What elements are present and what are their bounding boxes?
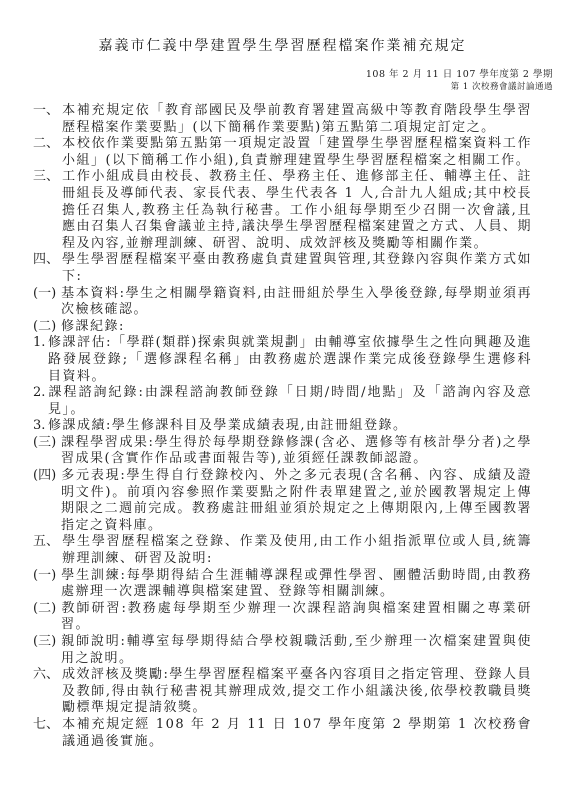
article-6: 六、成效評核及獎勵:學生學習歷程檔案平臺各內容項目之指定管理、登錄人員及教師,得… xyxy=(33,667,532,717)
sub-sub-item-text: 課程諮詢紀錄:由課程諮詢教師登錄「日期/時間/地點」及「諮詢內容及意見」。 xyxy=(48,385,532,417)
article-7: 七、本補充規定經 108 年 2 月 11 日 107 學年度第 2 學期第 1… xyxy=(33,717,532,750)
article-4: 四、學生學習歷程檔案平臺由教務處負責建置與管理,其登錄內容與作業方式如下: (一… xyxy=(33,252,532,534)
approval-info: 108 年 2 月 11 日 107 學年度第 2 學期 第 1 次校務會議討論… xyxy=(0,68,565,93)
article-3: 三、工作小組成員由校長、教務主任、學務主任、進修部主任、輔導主任、註冊組長及導師… xyxy=(33,169,532,252)
sub-sub-item-marker: 1. xyxy=(33,335,48,352)
article-marker: 六、 xyxy=(33,667,62,684)
article-text: 本補充規定經 108 年 2 月 11 日 107 學年度第 2 學期第 1 次… xyxy=(62,717,532,749)
sub-item-text: 課程學習成果:學生得於每學期登錄修課(含必、選修等有核計學分者)之學習成果(含實… xyxy=(61,435,532,467)
document-page: 嘉義市仁義中學建置學生學習歷程檔案作業補充規定 108 年 2 月 11 日 1… xyxy=(0,0,565,800)
sub-item-learning-outcome: (三)課程學習成果:學生得於每學期登錄修課(含必、選修等有核計學分者)之學習成果… xyxy=(33,435,532,468)
article-2: 二、本校依作業要點第五點第一項規定設置「建置學生學習歷程檔案資料工作小組」(以下… xyxy=(33,136,532,169)
article-marker: 三、 xyxy=(33,169,62,186)
article-marker: 四、 xyxy=(33,252,62,269)
sub-item-student-training: (一)學生訓練:每學期得結合生涯輔導課程或彈性學習、團體活動時間,由教務處辦理一… xyxy=(33,568,532,601)
sub-item-text: 基本資料:學生之相關學籍資料,由註冊組於學生入學後登錄,每學期並須再次檢核確認。 xyxy=(61,286,532,318)
article-paragraph: 六、成效評核及獎勵:學生學習歷程檔案平臺各內容項目之指定管理、登錄人員及教師,得… xyxy=(33,667,532,717)
sub-item-marker: (三) xyxy=(33,634,61,651)
article-text: 本補充規定依「教育部國民及學前教育署建置高級中等教育階段學生學習歷程檔案作業要點… xyxy=(62,103,532,135)
article-marker: 七、 xyxy=(33,717,62,734)
article-marker: 一、 xyxy=(33,103,62,120)
sub-item-diverse-performance: (四)多元表現:學生得自行登錄校內、外之多元表現(含名稱、內容、成績及證明文件)… xyxy=(33,468,532,534)
document-body: 一、本補充規定依「教育部國民及學前教育署建置高級中等教育階段學生學習歷程檔案作業… xyxy=(33,103,532,750)
sub-sub-item-2: 2.課程諮詢紀錄:由課程諮詢教師登錄「日期/時間/地點」及「諮詢內容及意見」。 xyxy=(33,385,532,418)
sub-item-parent-briefing: (三)親師說明:輔導室每學期得結合學校親職活動,至少辦理一次檔案建置與使用之說明… xyxy=(33,634,532,667)
article-text: 學生學習歷程檔案平臺由教務處負責建置與管理,其登錄內容與作業方式如下: xyxy=(62,252,532,284)
approval-meeting-line: 第 1 次校務會議討論通過 xyxy=(0,81,553,93)
sub-item-text: 多元表現:學生得自行登錄校內、外之多元表現(含名稱、內容、成績及證明文件)。前項… xyxy=(61,468,532,533)
article-1: 一、本補充規定依「教育部國民及學前教育署建置高級中等教育階段學生學習歷程檔案作業… xyxy=(33,103,532,136)
sub-item-basic-info: (一)基本資料:學生之相關學籍資料,由註冊組於學生入學後登錄,每學期並須再次檢核… xyxy=(33,286,532,319)
sub-item-marker: (二) xyxy=(33,601,61,618)
sub-sub-item-3: 3.修課成績:學生修課科目及學業成績表現,由註冊組登錄。 xyxy=(33,418,532,435)
article-5: 五、學生學習歷程檔案之登錄、作業及使用,由工作小組指派單位或人員,統籌辦理訓練、… xyxy=(33,534,532,667)
sub-item-text: 修課紀錄: xyxy=(61,319,125,334)
sub-item-marker: (一) xyxy=(33,568,61,585)
sub-sub-item-text: 修課評估:「學群(類群)探索與就業規劃」由輔導室依據學生之性向興趣及進路發展登錄… xyxy=(48,335,532,383)
sub-item-course-record: (二)修課紀錄: xyxy=(33,319,532,336)
sub-item-marker: (二) xyxy=(33,319,61,336)
document-title: 嘉義市仁義中學建置學生學習歷程檔案作業補充規定 xyxy=(0,36,565,56)
sub-item-teacher-workshop: (二)教師研習:教務處每學期至少辦理一次課程諮詢與檔案建置相關之專業研習。 xyxy=(33,601,532,634)
article-marker: 二、 xyxy=(33,136,62,153)
article-paragraph: 二、本校依作業要點第五點第一項規定設置「建置學生學習歷程檔案資料工作小組」(以下… xyxy=(33,136,532,169)
sub-item-text: 親師說明:輔導室每學期得結合學校親職活動,至少辦理一次檔案建置與使用之說明。 xyxy=(61,634,532,666)
article-text: 成效評核及獎勵:學生學習歷程檔案平臺各內容項目之指定管理、登錄人員及教師,得由執… xyxy=(62,667,532,715)
article-paragraph: 四、學生學習歷程檔案平臺由教務處負責建置與管理,其登錄內容與作業方式如下: xyxy=(33,252,532,285)
sub-sub-item-text: 修課成績:學生修課科目及學業成績表現,由註冊組登錄。 xyxy=(48,418,408,433)
approval-date-line: 108 年 2 月 11 日 107 學年度第 2 學期 xyxy=(0,68,553,81)
sub-sub-item-1: 1.修課評估:「學群(類群)探索與就業規劃」由輔導室依據學生之性向興趣及進路發展… xyxy=(33,335,532,385)
article-text: 工作小組成員由校長、教務主任、學務主任、進修部主任、輔導主任、註冊組長及導師代表… xyxy=(62,169,532,250)
article-text: 學生學習歷程檔案之登錄、作業及使用,由工作小組指派單位或人員,統籌辦理訓練、研習… xyxy=(62,534,532,566)
sub-sub-item-marker: 2. xyxy=(33,385,48,402)
article-paragraph: 七、本補充規定經 108 年 2 月 11 日 107 學年度第 2 學期第 1… xyxy=(33,717,532,750)
sub-item-marker: (三) xyxy=(33,435,61,452)
sub-item-marker: (一) xyxy=(33,286,61,303)
article-marker: 五、 xyxy=(33,534,62,551)
article-paragraph: 一、本補充規定依「教育部國民及學前教育署建置高級中等教育階段學生學習歷程檔案作業… xyxy=(33,103,532,136)
article-text: 本校依作業要點第五點第一項規定設置「建置學生學習歷程檔案資料工作小組」(以下簡稱… xyxy=(62,136,532,168)
sub-sub-item-marker: 3. xyxy=(33,418,48,435)
sub-item-text: 教師研習:教務處每學期至少辦理一次課程諮詢與檔案建置相關之專業研習。 xyxy=(61,601,532,633)
article-paragraph: 三、工作小組成員由校長、教務主任、學務主任、進修部主任、輔導主任、註冊組長及導師… xyxy=(33,169,532,252)
article-paragraph: 五、學生學習歷程檔案之登錄、作業及使用,由工作小組指派單位或人員,統籌辦理訓練、… xyxy=(33,534,532,567)
sub-item-marker: (四) xyxy=(33,468,61,485)
sub-item-text: 學生訓練:每學期得結合生涯輔導課程或彈性學習、團體活動時間,由教務處辦理一次選課… xyxy=(61,568,532,600)
